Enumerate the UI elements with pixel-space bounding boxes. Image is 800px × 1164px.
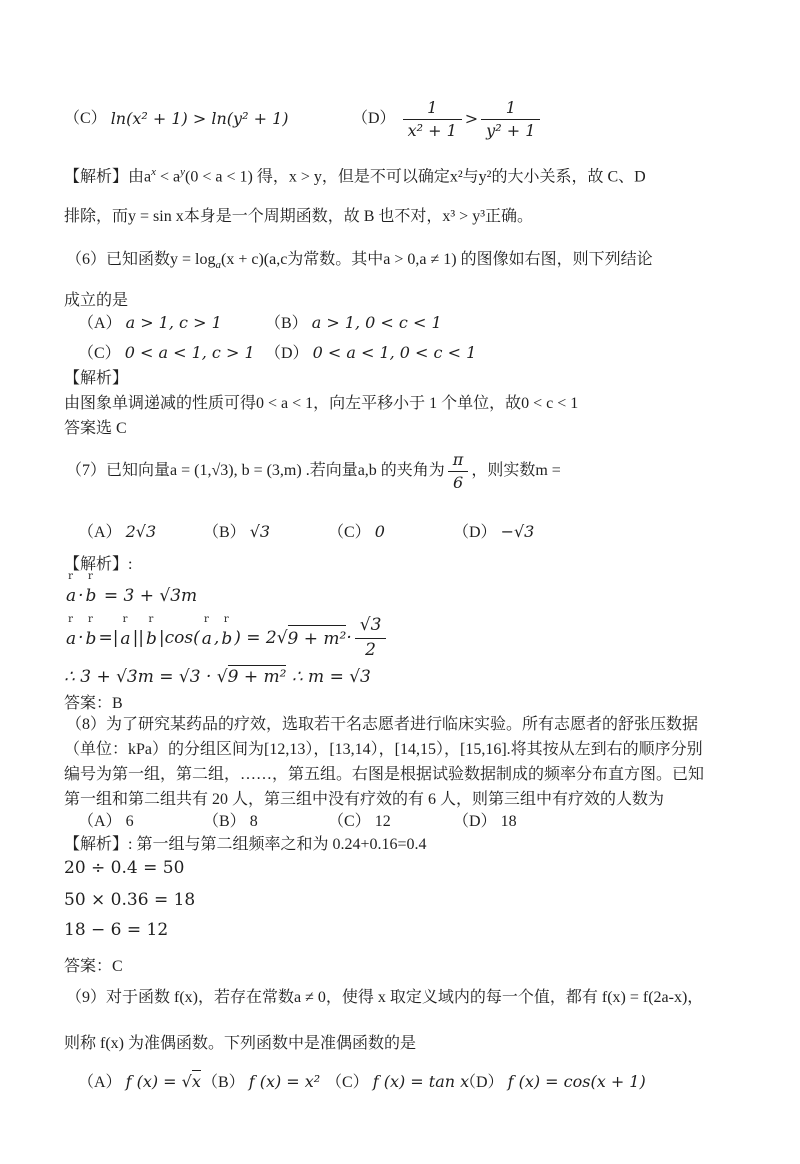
option-label: （D） xyxy=(453,813,497,830)
q8-option-a: （A）6 xyxy=(78,810,199,834)
vector-arrow-mark: r xyxy=(88,615,93,625)
equation-text: ∴ m = √3 xyxy=(286,667,370,687)
q8-option-d: （D）18 xyxy=(453,810,517,834)
q6-options-row1: （A）a > 1, c > 1 （B）a > 1, 0 < c < 1 xyxy=(78,311,768,336)
option-label: （A） xyxy=(78,813,122,830)
option-label: （A） xyxy=(78,1074,122,1091)
q9-option-b: （B）f (x) = x² xyxy=(202,1070,322,1095)
option-label: （B） xyxy=(265,315,308,332)
option-label: （A） xyxy=(78,315,122,332)
radicand-overline: x xyxy=(192,1070,201,1091)
q7-equation-2: ra·rb = |ra||rb|cos(ra,rb) = 2√9 + m² · … xyxy=(64,612,754,664)
q5-option-d-relation: > xyxy=(465,107,478,131)
dot-operator: · xyxy=(78,586,83,606)
question-text: ，则实数m = xyxy=(471,459,560,483)
option-formula: f (x) = cos(x + 1) xyxy=(508,1072,646,1091)
dot-operator: · xyxy=(78,626,83,650)
q9-options-row: （A）f (x) = √x （B）f (x) = x² （C）f (x) = t… xyxy=(78,1070,768,1095)
vector-arrow-mark: r xyxy=(224,615,229,625)
option-formula: √3 xyxy=(250,522,270,541)
q5-option-d-label: （D） xyxy=(352,107,396,131)
q8-analysis: 【解析】: 第一组与第二组频率之和为 0.24+0.16=0.4 xyxy=(64,833,754,857)
fraction-denominator: y² + 1 xyxy=(481,120,540,141)
q8-stem-line4: 第一组和第二组共有 20 人，第三组中没有疗效的有 6 人，则第三组中有疗效的人… xyxy=(64,788,754,812)
question-text: （7）已知向量a = (1,√3), b = (3,m) .若向量a,b 的夹角… xyxy=(66,459,445,483)
vector-b: rb xyxy=(86,625,97,651)
vector-arrow-mark: r xyxy=(123,615,128,625)
q9-stem-line1: （9）对于函数 f(x)，若存在常数a ≠ 0，使得 x 取定义域内的每一个值，… xyxy=(66,986,756,1010)
q8-calc-2: 50 × 0.36 = 18 xyxy=(64,888,754,912)
q8-calc-1: 20 ÷ 0.4 = 50 xyxy=(64,856,754,880)
option-formula: −√3 xyxy=(501,522,535,541)
fraction-numerator: 1 xyxy=(481,98,540,120)
option-formula: f (x) = x² xyxy=(249,1072,321,1091)
q6-option-c: （C）0 < a < 1, c > 1 xyxy=(78,341,261,366)
vector-arrow-mark: r xyxy=(149,615,154,625)
sqrt3-over-2-fraction: √32 xyxy=(355,615,387,661)
q7-equation-3: ∴ 3 + √3m = √3 · √9 + m² ∴ m = √3 xyxy=(64,665,754,689)
q6-stem-line1: （6）已知函数y = loga(x + c)(a,c为常数。其中a > 0,a … xyxy=(66,248,756,277)
vector-a: ra xyxy=(66,582,76,608)
vector-a: ra xyxy=(120,625,130,651)
vector-b: rb xyxy=(86,582,97,608)
q7-options-row: （A）2√3 （B）√3 （C）0 （D）−√3 xyxy=(78,520,768,545)
q9-option-a: （A）f (x) = √x xyxy=(78,1070,198,1095)
option-label: （D） xyxy=(265,345,309,362)
q5-option-c-label: （C） xyxy=(64,107,107,131)
option-value: 12 xyxy=(375,813,391,830)
q6-options-row2: （C）0 < a < 1, c > 1 （D）0 < a < 1, 0 < c … xyxy=(78,341,768,366)
q5-option-c: （C） ln(x² + 1) > ln(y² + 1) xyxy=(64,107,352,131)
analysis-text: (0 < a < 1) 得，x > y，但是不可以确定x²与y²的大小关系，故 … xyxy=(185,168,646,185)
option-label: （A） xyxy=(78,524,122,541)
option-label: （C） xyxy=(326,1074,369,1091)
fraction-numerator: √3 xyxy=(355,615,387,638)
q5-option-d: （D） 1x² + 1 > 1y² + 1 xyxy=(352,98,543,141)
q9-option-c: （C）f (x) = tan x xyxy=(326,1070,456,1095)
fraction-numerator: 1 xyxy=(403,98,462,120)
q7-option-a: （A）2√3 xyxy=(78,520,199,545)
q6-option-a: （A）a > 1, c > 1 xyxy=(78,311,261,336)
abs-bars: || xyxy=(133,626,144,650)
option-formula: f (x) = √x xyxy=(126,1070,201,1091)
fraction-denominator: 2 xyxy=(355,639,387,661)
vector-b: rb xyxy=(221,625,232,651)
radicand-overline: 9 + m² xyxy=(288,625,347,651)
q5-option-c-formula: ln(x² + 1) > ln(y² + 1) xyxy=(111,107,289,131)
option-label: （C） xyxy=(328,524,371,541)
q8-options-row: （A）6 （B）8 （C）12 （D）18 xyxy=(78,810,768,834)
option-value: 18 xyxy=(501,813,517,830)
question-text: (x + c)(a,c为常数。其中a > 0,a ≠ 1) 的图像如右图，则下列… xyxy=(221,251,653,268)
option-label: （D） xyxy=(453,524,497,541)
q8-stem-line1: （8）为了研究某药品的疗效，选取若干名志愿者进行临床实验。所有志愿者的舒张压数据 xyxy=(66,713,756,737)
dot-operator: · xyxy=(346,626,351,650)
vector-arrow-mark: r xyxy=(68,615,73,625)
q5-analysis-line2: 排除，而y = sin x本身是一个周期函数，故 B 也不对，x³ > y³正确… xyxy=(64,205,754,229)
q7-analysis-header: 【解析】: xyxy=(64,553,754,577)
analysis-text: 【解析】由a xyxy=(64,168,151,185)
option-value: 8 xyxy=(250,813,258,830)
q8-stem-line2: （单位：kPa）的分组区间为[12,13），[13,14），[14,15），[1… xyxy=(64,738,754,762)
option-label: （C） xyxy=(78,345,121,362)
vector-a: ra xyxy=(202,625,212,651)
option-formula: 0 < a < 1, c > 1 xyxy=(125,343,255,362)
option-label: （C） xyxy=(328,813,371,830)
q6-analysis-header: 【解析】 xyxy=(64,367,754,391)
q9-stem-line2: 则称 f(x) 为准偶函数。下列函数中是准偶函数的是 xyxy=(64,1032,754,1056)
vector-arrow-mark: r xyxy=(68,572,73,582)
document-page: （C） ln(x² + 1) > ln(y² + 1) （D） 1x² + 1 … xyxy=(0,0,800,1164)
option-formula: 0 xyxy=(375,522,385,541)
q7-option-d: （D）−√3 xyxy=(453,520,534,545)
equation-text: ∴ 3 + √3m = √3 · √ xyxy=(64,667,228,687)
q7-stem: （7）已知向量a = (1,√3), b = (3,m) .若向量a,b 的夹角… xyxy=(66,448,756,494)
option-value: 6 xyxy=(126,813,134,830)
question-text: （6）已知函数y = log xyxy=(66,251,215,268)
comma: , xyxy=(214,626,219,650)
option-formula: 2√3 xyxy=(126,522,157,541)
option-formula: a > 1, c > 1 xyxy=(126,313,222,332)
equation-text: = 3 + √3m xyxy=(98,586,197,606)
q7-option-c: （C）0 xyxy=(328,520,449,545)
fraction-denominator: x² + 1 xyxy=(403,120,462,141)
q5-option-d-fraction-1: 1x² + 1 xyxy=(403,98,462,141)
option-label: （D） xyxy=(460,1074,504,1091)
equation-text: ) = 2√ xyxy=(234,626,287,650)
q6-option-b: （B）a > 1, 0 < c < 1 xyxy=(265,311,448,336)
q5-analysis-line1: 【解析】由ax < ay(0 < a < 1) 得，x > y，但是不可以确定x… xyxy=(64,160,754,189)
option-label: （B） xyxy=(203,813,246,830)
vector-arrow-mark: r xyxy=(204,615,209,625)
q7-equation-1: ra·rb = 3 + √3m xyxy=(64,582,754,608)
q6-answer: 答案选 C xyxy=(64,417,754,441)
option-formula: f (x) = tan x xyxy=(373,1072,469,1091)
analysis-text: < a xyxy=(156,168,180,185)
q8-option-b: （B）8 xyxy=(203,810,324,834)
option-formula: 0 < a < 1, 0 < c < 1 xyxy=(313,343,477,362)
vector-arrow-mark: r xyxy=(88,572,93,582)
q8-option-c: （C）12 xyxy=(328,810,449,834)
q6-stem-line2: 成立的是 xyxy=(64,289,754,313)
vector-b: rb xyxy=(146,625,157,651)
q7-option-b: （B）√3 xyxy=(203,520,324,545)
q6-option-d: （D）0 < a < 1, 0 < c < 1 xyxy=(265,341,448,366)
pi-over-6-fraction: π6 xyxy=(448,450,469,493)
q8-answer: 答案：C xyxy=(64,955,754,979)
equation-text: = xyxy=(98,626,112,650)
option-label: （B） xyxy=(203,524,246,541)
q6-analysis-text: 由图象单调递减的性质可得0 < a < 1，向左平移小于 1 个单位，故0 < … xyxy=(64,392,754,416)
vector-a: ra xyxy=(66,625,76,651)
radicand-overline: 9 + m² xyxy=(228,665,287,687)
q5-options-row: （C） ln(x² + 1) > ln(y² + 1) （D） 1x² + 1 … xyxy=(64,94,754,144)
q8-stem-line3: 编号为第一组，第二组，……，第五组。右图是根据试验数据制成的频率分布直方图。已知 xyxy=(64,763,754,787)
option-label: （B） xyxy=(202,1074,245,1091)
fraction-numerator: π xyxy=(448,450,469,472)
option-formula: a > 1, 0 < c < 1 xyxy=(312,313,442,332)
fraction-denominator: 6 xyxy=(448,472,469,493)
abs-bar: | xyxy=(113,626,119,650)
cos-open: |cos( xyxy=(159,626,200,650)
q8-calc-3: 18 − 6 = 12 xyxy=(64,918,754,942)
q9-option-d: （D）f (x) = cos(x + 1) xyxy=(460,1070,646,1095)
q5-option-d-fraction-2: 1y² + 1 xyxy=(481,98,540,141)
